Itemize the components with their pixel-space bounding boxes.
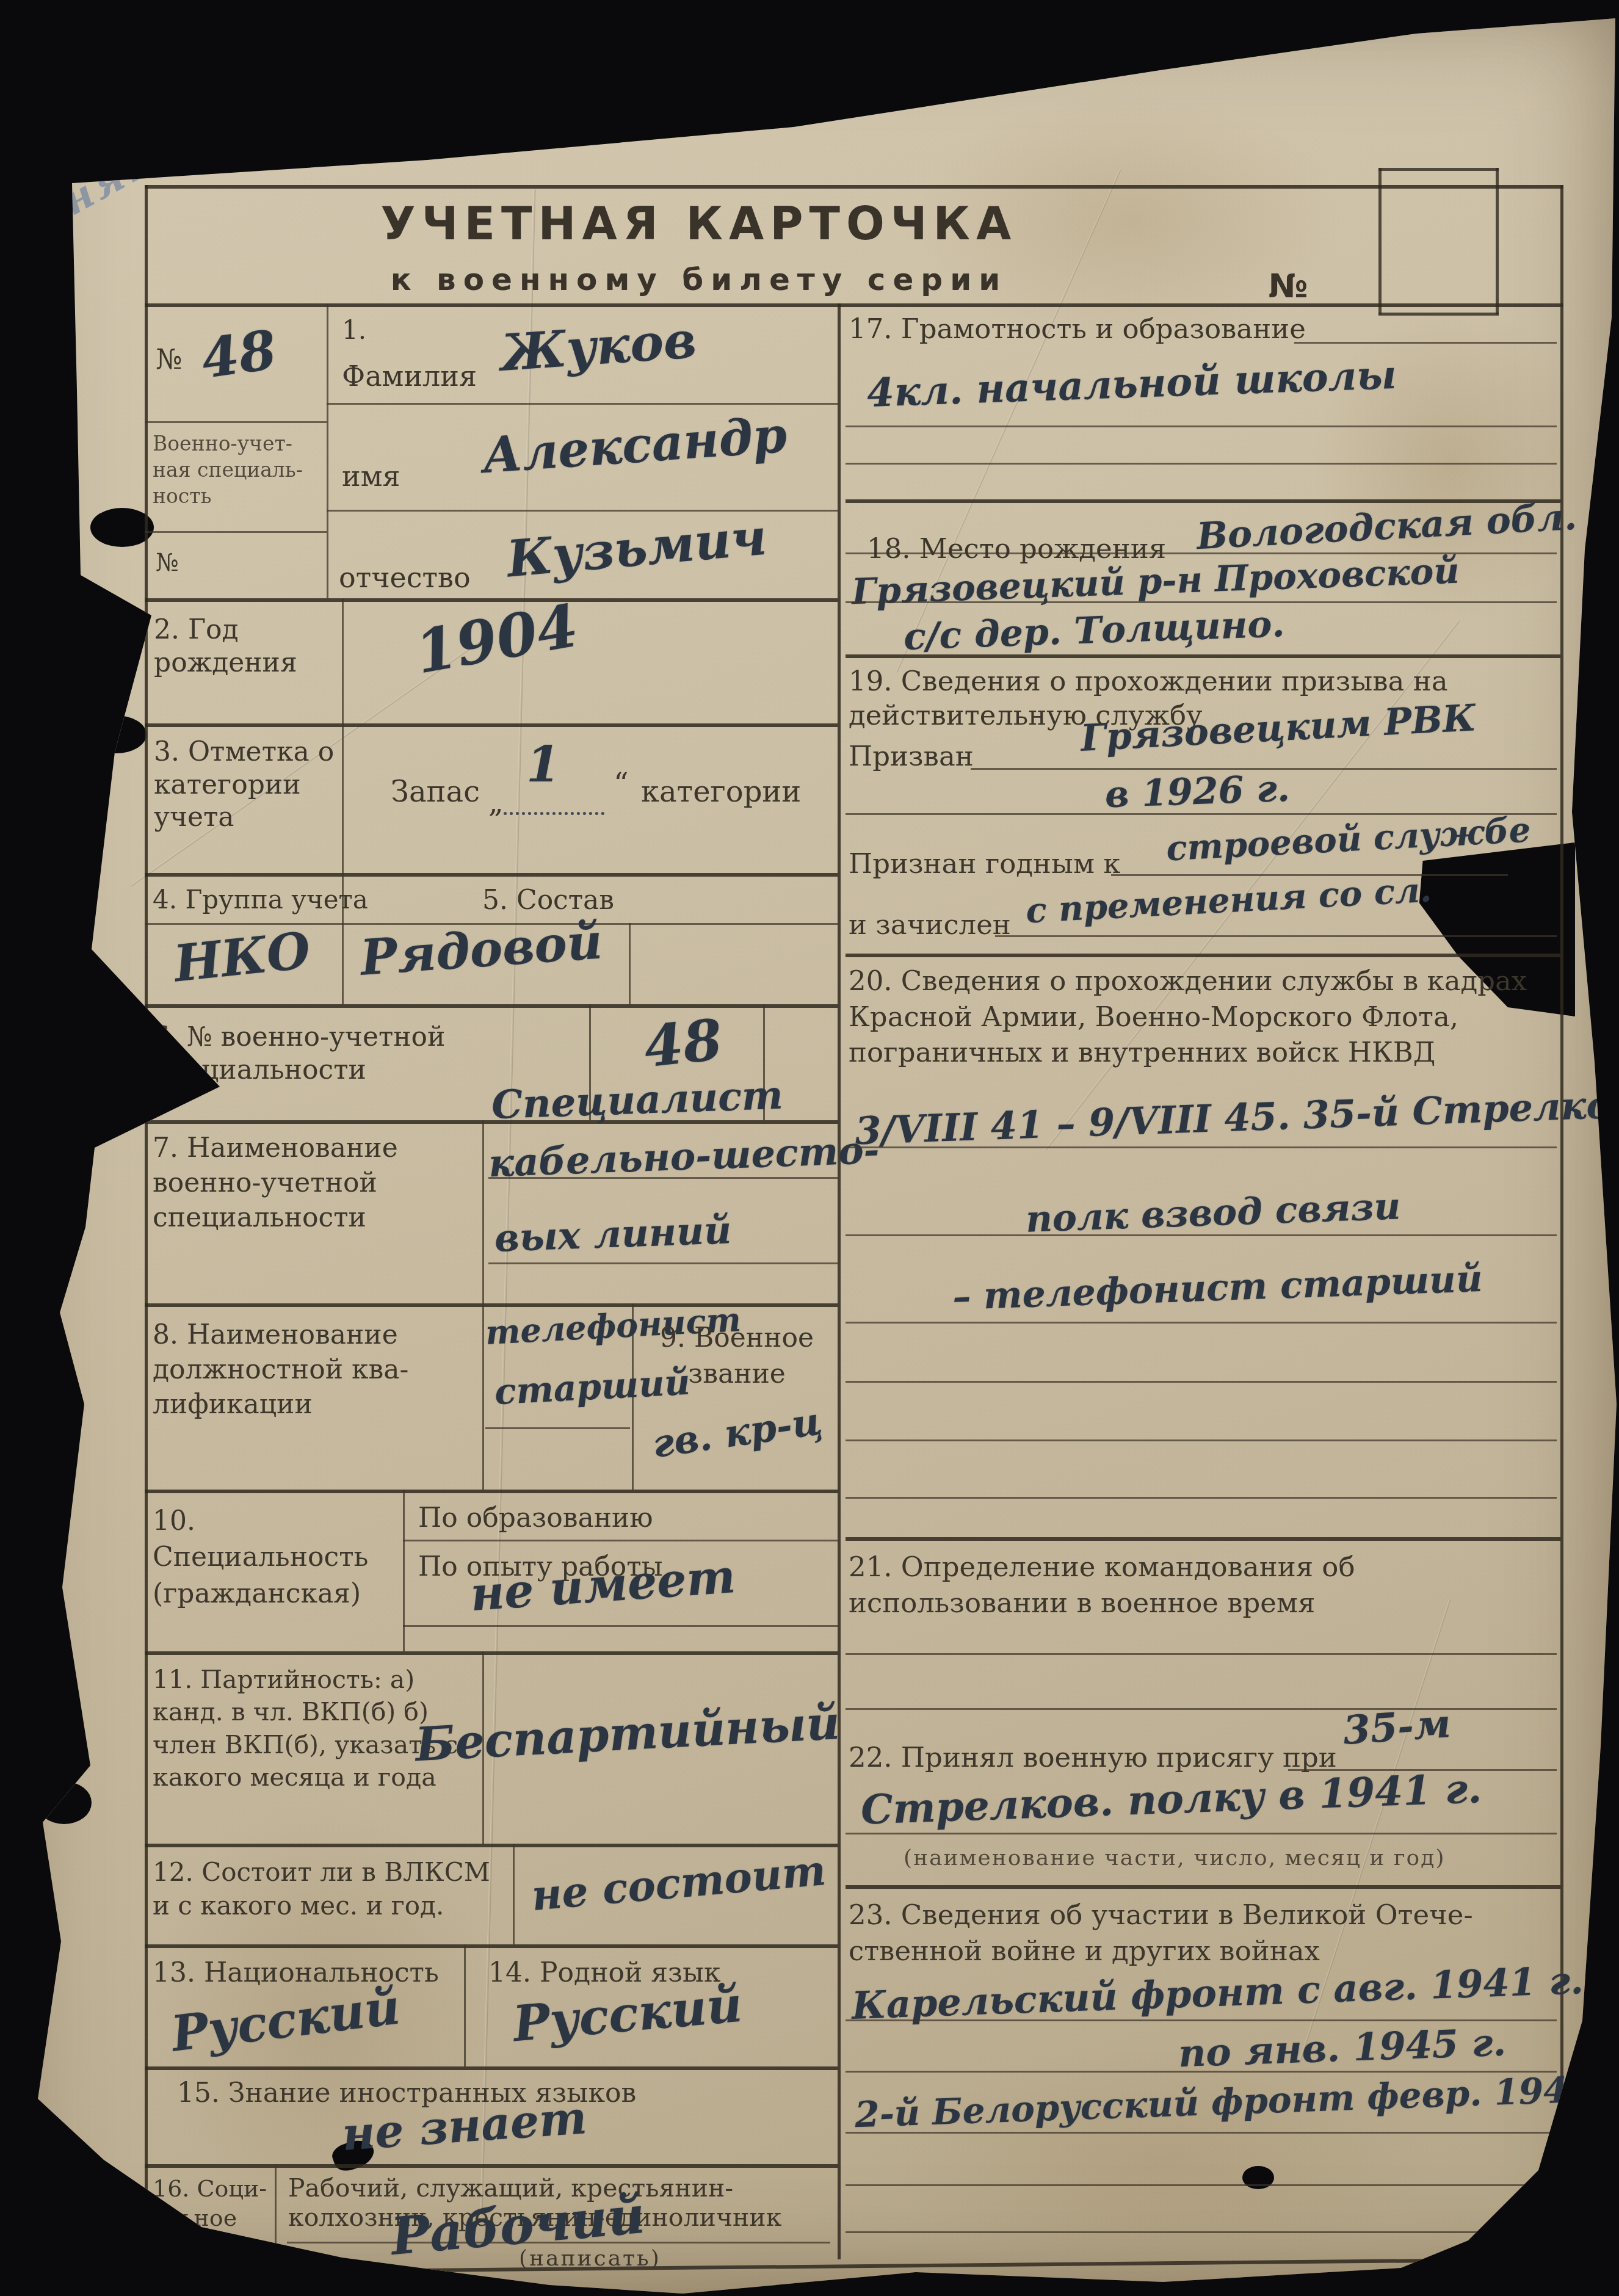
ruled-line [846, 463, 1557, 465]
position-label: 8. Наименова­ние должно­стной ква­лифика… [153, 1317, 458, 1422]
section-line [846, 654, 1560, 658]
paper: Снят с уч… УЧЕТНАЯ КАРТОЧКА к военному б… [0, 0, 1619, 2296]
service-value-3: – телефонист старший [952, 1258, 1483, 1319]
ruled-line [846, 2019, 1557, 2021]
row-line [145, 2066, 838, 2070]
form-border-bottom [145, 2258, 1563, 2275]
section-line [846, 1537, 1560, 1541]
birthplace-value-1: Вологодская обл. [1196, 496, 1578, 559]
cell-divider [513, 1844, 515, 1944]
cell-divider [342, 598, 344, 723]
oath-value-top: 35-м [1342, 1701, 1452, 1754]
war-value-2: по янв. 1945 г. [1178, 2020, 1507, 2076]
row-line [145, 1844, 838, 1847]
birth-year-value: 1904 [410, 591, 583, 687]
vus-name-value-3: вых линий [494, 1208, 732, 1261]
cell-line [403, 1625, 838, 1627]
zapas-underline [504, 812, 604, 815]
field-underline [995, 935, 1557, 937]
conscripted-value-2: в 1926 г. [1104, 767, 1291, 817]
group-label: 4. Группа учета [153, 884, 368, 915]
enrolled-label: и зачислен [849, 908, 1011, 942]
oath-label: 22. Принял военную присягу при [849, 1741, 1337, 1775]
title-divider [145, 303, 1563, 307]
row-line [145, 873, 838, 877]
form-title: УЧЕТНАЯ КАРТОЧКА [263, 197, 1135, 252]
series-box [1496, 168, 1499, 314]
section-line [846, 1885, 1560, 1889]
form-border-left [145, 185, 148, 2261]
cell-line [327, 403, 838, 405]
row-line [145, 1004, 838, 1008]
row-line [145, 1120, 838, 1124]
conscripted-label: Призван [849, 740, 974, 773]
party-value: Беспартийный [414, 1695, 841, 1772]
form-border-top [145, 185, 1563, 189]
punch-hole [85, 715, 147, 753]
ruled-line [846, 426, 1557, 427]
education-value: 4кл. начальной школы [866, 352, 1397, 416]
zapas-value: 1 [526, 736, 560, 793]
series-box [1378, 168, 1382, 314]
war-value-3: 2-й Белорусский фронт февр. 1945 г. [854, 2067, 1619, 2136]
surname-value: Жуков [499, 311, 698, 383]
nationality-value: Русский [168, 1977, 404, 2062]
by-education-label: По образованию [418, 1502, 653, 1535]
cell-line [403, 1540, 838, 1541]
ruled-line [846, 1146, 1557, 1148]
service-value-1: 3/VIII 41 – 9/VIII 45. 35-й Стрелковый [854, 1079, 1619, 1153]
scanned-document: Снят с уч… УЧЕТНАЯ КАРТОЧКА к военному б… [0, 0, 1619, 2296]
row-line [145, 723, 838, 727]
ruled-line [846, 2184, 1557, 2186]
social-hint: (написать) [519, 2245, 661, 2272]
ruled-line [846, 1440, 1557, 1441]
cell-line [488, 1262, 838, 1264]
card-no-value: 48 [197, 317, 280, 391]
vus-number-label: 6. № военно-учетной специальности [153, 1021, 556, 1086]
ruled-line [846, 1833, 1557, 1834]
cell-divider [403, 1490, 405, 1651]
oath-hint: (наименование части, число, месяц и год) [904, 1845, 1446, 1872]
ruled-line [846, 1234, 1557, 1236]
vus-side-label: Военно-учет­ная специаль­ность [153, 431, 319, 510]
series-box [1378, 313, 1499, 316]
rank-label: 9. Военное звание [648, 1320, 825, 1392]
cell-divider [327, 303, 328, 598]
sostav-label: 5. Состав [482, 884, 614, 917]
zapas-quote-close: “ [614, 766, 629, 802]
vlksm-label: 12. Состоит ли в ВЛКСМ и с какого мес. и… [153, 1856, 507, 1922]
ruled-line [846, 2132, 1557, 2134]
zapas-quote-open: „ [488, 784, 504, 820]
vlksm-value: не состоит [529, 1846, 828, 1921]
punch-hole [37, 1781, 92, 1824]
row-line [145, 2164, 838, 2168]
cell-divider [482, 1303, 484, 1490]
row-line [145, 1944, 838, 1948]
ruled-line [846, 1708, 1557, 1710]
group-value: НКО [172, 921, 313, 994]
name-label: имя [342, 459, 400, 493]
series-no-label: № [1258, 266, 1319, 306]
rank-value: гв. кр-ц [650, 1399, 825, 1466]
ruled-line [1294, 342, 1557, 344]
patronymic-value: Кузьмич [505, 508, 769, 589]
name-value: Александр [480, 406, 789, 485]
cell-line [145, 421, 327, 423]
zapas-label: Запас [391, 774, 480, 810]
ruled-line [846, 1497, 1557, 1499]
section-line [846, 954, 1560, 957]
oath-value: Стрелков. полку в 1941 г. [860, 1764, 1482, 1833]
birth-year-label: 2. Год рождения [154, 614, 325, 679]
cell-divider [342, 723, 344, 873]
war-participation-label: 23. Сведения об участии в Великой Отече­… [849, 1897, 1551, 1969]
cell-divider [464, 1944, 466, 2066]
birthplace-value-3: с/с дер. Толщино. [903, 603, 1285, 659]
birthplace-label: 18. Место рождения [867, 532, 1166, 566]
cell-divider [482, 1120, 484, 1303]
series-box [1378, 168, 1499, 171]
row-line [145, 598, 838, 602]
cell-line [145, 531, 327, 533]
fit-for-label: Признан годным к [849, 847, 1120, 881]
column-divider [838, 303, 841, 2259]
ruled-line [846, 1653, 1557, 1655]
cell-divider [275, 2164, 277, 2261]
service-record-label: 20. Сведения о прохождении службы в кадр… [849, 963, 1545, 1071]
form-subtitle: к военному билету серии [263, 261, 1135, 299]
cell-line [485, 1427, 630, 1429]
ruled-line [846, 1322, 1557, 1324]
civil-spec-label: 10. Специальность (гражданская) [153, 1503, 391, 1612]
field1-number: 1. [342, 314, 366, 346]
vus-number-value: 48 [641, 1007, 726, 1081]
cell-divider [629, 923, 631, 1004]
ruled-line [846, 601, 1557, 603]
wartime-use-label: 21. Определение командования об использо… [849, 1549, 1551, 1621]
ruled-line [846, 2071, 1557, 2073]
vus-side-no: № [156, 548, 179, 578]
social-label: 16. Соци­альное положе­ние [153, 2175, 269, 2291]
service-value-2: полк взвод связи [1025, 1185, 1401, 1240]
patronymic-label: отчество [339, 560, 471, 595]
ruled-line [846, 2231, 1557, 2233]
card-no-label: № [156, 342, 183, 376]
surname-label: Фамилия [342, 359, 477, 393]
vus-name-label: 7. Наимено­вание воен­но-учетной специал… [153, 1131, 458, 1236]
row-line [145, 1651, 838, 1655]
ruled-line [846, 1381, 1557, 1383]
education-label: 17. Грамотность и образование [849, 313, 1306, 346]
row-line [145, 1490, 838, 1493]
category-label: 3. Отметка о категории учета [154, 736, 337, 834]
kategorii-label: категории [641, 774, 801, 810]
